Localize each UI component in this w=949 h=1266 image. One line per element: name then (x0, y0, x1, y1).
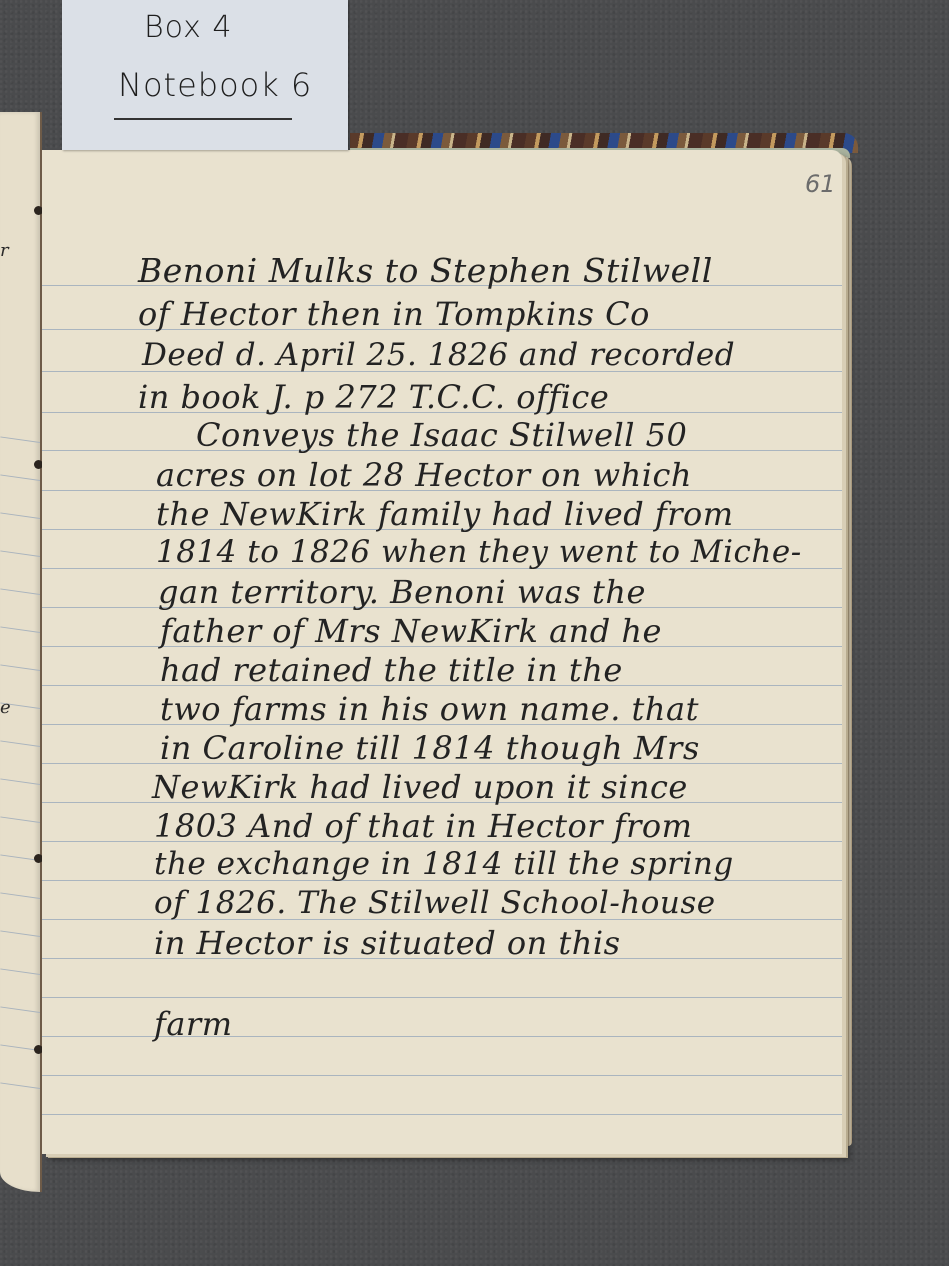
handwritten-line: acres on lot 28 Hector on which (156, 459, 692, 491)
label-underline (114, 118, 292, 120)
ruled-line (0, 968, 40, 975)
handwritten-line: NewKirk had lived upon it since (152, 771, 688, 803)
handwritten-line: of 1826. The Stilwell School-house (154, 888, 716, 919)
ruled-line (0, 930, 40, 937)
handwritten-line: Benoni Mulks to Stephen Stilwell (138, 254, 713, 287)
ruled-line (0, 740, 40, 747)
box-label: Box 4 (144, 10, 232, 45)
notebook-page: 61 Benoni Mulks to Stephen Stilwell of H… (42, 150, 842, 1154)
ruled-line (0, 474, 40, 481)
handwritten-line: of Hector then in Tompkins Co (138, 298, 650, 330)
ruled-line (0, 550, 40, 557)
ruled-line (0, 512, 40, 519)
ruled-line (0, 588, 40, 595)
ruled-line (0, 1082, 40, 1089)
page-number: 61 (805, 170, 836, 198)
previous-page-edge: r e (0, 112, 42, 1192)
handwritten-line: had retained the title in the (160, 654, 623, 686)
handwritten-line: 1814 to 1826 when they went to Miche- (156, 537, 802, 568)
handwritten-line: Deed d. April 25. 1826 and recorded (142, 340, 735, 371)
ruled-line (0, 626, 40, 633)
ruled-line (0, 778, 40, 785)
ruled-line (42, 1114, 842, 1115)
handwritten-line: father of Mrs NewKirk and he (160, 615, 662, 647)
ruled-line (0, 816, 40, 823)
archival-label: Box 4 Notebook 6 (62, 0, 348, 150)
ruled-line (42, 997, 842, 998)
handwritten-line: 1803 And of that in Hector from (154, 810, 692, 842)
handwritten-line: in Caroline till 1814 though Mrs (160, 732, 700, 764)
notebook-label: Notebook 6 (118, 66, 312, 104)
handwritten-line: the NewKirk family had lived from (156, 498, 734, 530)
ruled-line (0, 664, 40, 671)
handwritten-line: farm (154, 1008, 233, 1040)
ruled-line (0, 436, 40, 443)
handwritten-line: in book J. p 272 T.C.C. office (138, 381, 609, 413)
handwriting-fragment: r (0, 240, 9, 261)
ruled-line (0, 892, 40, 899)
ruled-line (42, 1075, 842, 1076)
handwritten-line: gan territory. Benoni was the (158, 576, 646, 608)
handwritten-line: in Hector is situated on this (154, 927, 621, 959)
handwriting-fragment: e (0, 697, 11, 718)
handwritten-line: the exchange in 1814 till the spring (154, 849, 734, 880)
handwritten-line: Conveys the Isaac Stilwell 50 (196, 419, 687, 451)
handwritten-line: two farms in his own name. that (160, 693, 699, 725)
ruled-line (0, 1006, 40, 1013)
